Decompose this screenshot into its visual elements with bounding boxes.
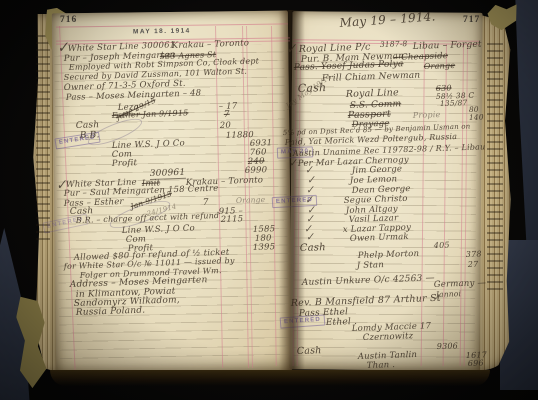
ledger-line: B.B.: [80, 131, 100, 141]
ledger-amount: 140: [469, 113, 484, 121]
ledger-amount: 9306: [437, 342, 458, 351]
ledger-amount: 405: [434, 241, 450, 250]
ledger-amount: 7: [203, 199, 209, 208]
ledger-amount: 696: [468, 359, 484, 368]
ledger-note: Orange: [424, 62, 456, 71]
ledger-photo: 716 MAY 18. 1914 717 May 19 – 1914. ENTE…: [0, 0, 538, 400]
ledger-line: Profit: [112, 159, 138, 168]
ledger-note: Orange: [236, 196, 266, 205]
checkmark-icon: ✓: [288, 158, 298, 169]
ledger-amount: 20: [220, 122, 232, 131]
ledger-line: Cash: [297, 346, 322, 356]
book-bottom-edge: [50, 370, 490, 386]
ledger-line: Germany —: [434, 279, 487, 289]
checkmark-icon: ✓: [285, 42, 298, 56]
ledger-line: Phelp Morton: [358, 250, 420, 261]
ledger-amount: 7: [224, 111, 230, 120]
ledger-amount: 2115: [221, 215, 244, 224]
ledger-line: Czernowitz: [363, 332, 414, 342]
ledger-line: Owen Urmak: [350, 233, 409, 244]
date-stamp: MAY 18. 1914: [133, 27, 191, 35]
ledger-note: Propie: [413, 111, 441, 120]
ledger-line: Segue Christo: [344, 195, 408, 206]
ledger-line: J Stan: [357, 261, 384, 270]
ledger-amount: 378: [466, 250, 482, 259]
ledger-amount: 6990: [245, 166, 268, 175]
page-edge-marks-right: [487, 40, 503, 290]
page-number-right: 717: [463, 15, 480, 25]
ledger-amount: 1395: [253, 243, 276, 252]
ledger-amount: 27: [468, 261, 479, 269]
ledger-line: Cash: [300, 243, 326, 254]
ledger-note: 3187-8: [380, 40, 408, 48]
ledger-line: Royal Line: [346, 88, 399, 99]
ledger-amount: 135/87: [440, 99, 468, 107]
page-number-left: 716: [60, 15, 77, 25]
page-edge-marks-left: [36, 30, 50, 240]
